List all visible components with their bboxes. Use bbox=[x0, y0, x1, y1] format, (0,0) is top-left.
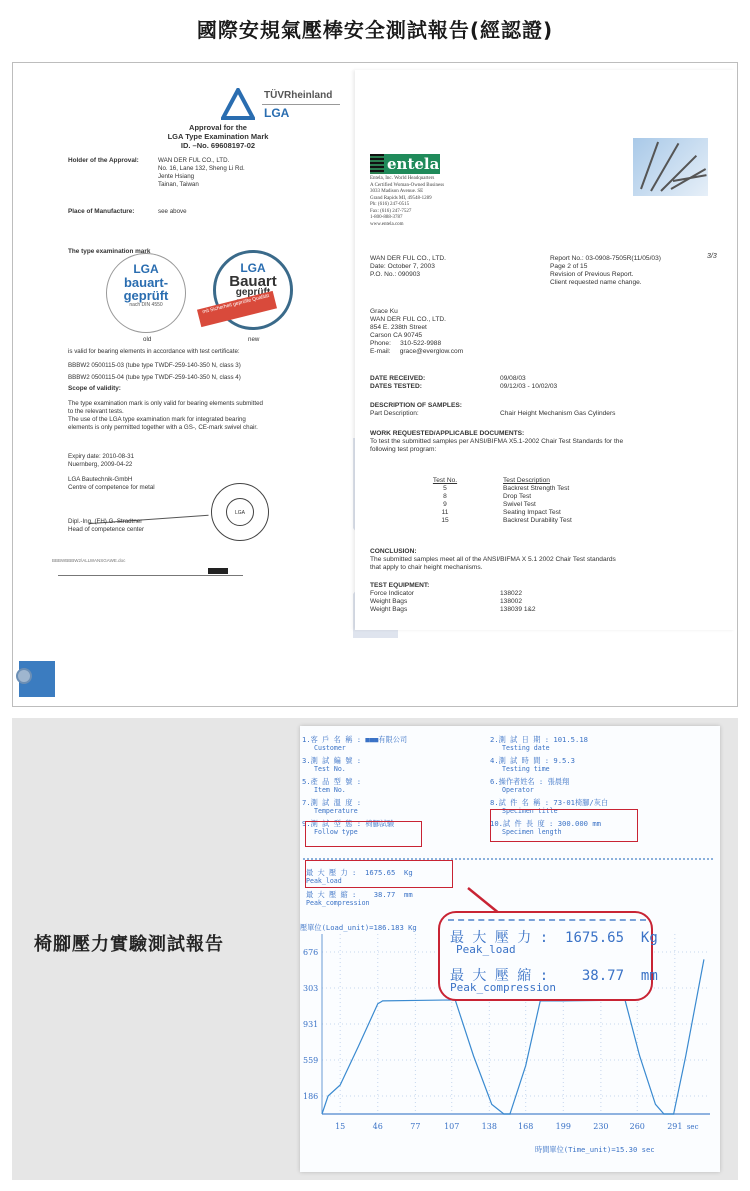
svg-text:186: 186 bbox=[303, 1092, 318, 1101]
manufacture-label: Place of Manufacture: bbox=[68, 208, 134, 215]
report-info: Report No.: 03-0908-7505R(11/05/03) Page… bbox=[550, 255, 661, 287]
tuv-brand: TÜVRheinland bbox=[264, 90, 332, 101]
gas-cylinder-product-image bbox=[633, 138, 708, 196]
svg-text:sec: sec bbox=[687, 1123, 699, 1131]
cert-1: BBBW2 0500115-03 (tube type TWDF-259-140… bbox=[68, 362, 241, 370]
svg-text:676: 676 bbox=[303, 948, 318, 957]
footer-line bbox=[58, 575, 243, 576]
contact-info: Grace Ku WAN DER FUL CO., LTD. 854 E. 23… bbox=[370, 308, 463, 356]
svg-text:260: 260 bbox=[630, 1122, 645, 1131]
email-value: grace@everglow.com bbox=[400, 348, 464, 355]
place-date: Nuernberg, 2009-04-22 bbox=[68, 461, 132, 469]
svg-text:303: 303 bbox=[303, 984, 318, 993]
svg-text:168: 168 bbox=[518, 1122, 533, 1131]
footer-mark-box bbox=[208, 568, 228, 574]
svg-text:230: 230 bbox=[593, 1122, 608, 1131]
holder-label: Holder of the Approval: bbox=[68, 157, 139, 164]
manufacture-value: see above bbox=[158, 208, 187, 216]
date-received-label: DATE RECEIVED: bbox=[370, 375, 425, 383]
org-name: LGA Bautechnik-GmbH Centre of competence… bbox=[68, 476, 155, 492]
svg-text:199: 199 bbox=[556, 1122, 571, 1131]
footer-file: BBBWBBBW2\ALLWANSGAWE.doc bbox=[52, 558, 125, 563]
entela-report: entela Entela, Inc. World Headquarters A… bbox=[355, 70, 735, 630]
divider bbox=[262, 104, 340, 105]
caption-new: new bbox=[248, 336, 259, 344]
pressure-test-printout: 1.客 戶 名 稱 : ■■■有限公司Customer2.測 試 日 期 : 1… bbox=[300, 726, 720, 1172]
part-value: Chair Height Mechanism Gas Cylinders bbox=[500, 410, 615, 418]
holder-value: WAN DER FUL CO., LTD. No. 16, Lane 132, … bbox=[158, 157, 245, 189]
part-label: Part Description: bbox=[370, 410, 419, 418]
seal-old: LGA bauart- geprüft nach DIN 4550 bbox=[106, 253, 186, 333]
work-label: WORK REQUESTED/APPLICABLE DOCUMENTS: bbox=[370, 430, 524, 438]
lga-brand: LGA bbox=[264, 106, 289, 120]
highlight-peak-load bbox=[305, 860, 453, 888]
conclusion-text: The submitted samples meet all of the AN… bbox=[370, 556, 616, 572]
svg-text:46: 46 bbox=[373, 1122, 383, 1131]
svg-text:291: 291 bbox=[667, 1122, 682, 1131]
caption-old: old bbox=[143, 336, 151, 344]
work-text: To test the submitted samples per ANSI/B… bbox=[370, 438, 623, 454]
pin-icon bbox=[16, 668, 32, 684]
dates-tested-label: DATES TESTED: bbox=[370, 383, 422, 391]
svg-text:138: 138 bbox=[482, 1122, 497, 1131]
page-title: 國際安規氣壓棒安全測試報告(經認證) bbox=[0, 14, 750, 43]
scope-label: Scope of validity: bbox=[68, 385, 121, 392]
dates-tested: 09/12/03 - 10/02/03 bbox=[500, 383, 557, 391]
svg-text:559: 559 bbox=[303, 1056, 318, 1065]
scope-text: The type examination mark is only valid … bbox=[68, 400, 263, 432]
equipment-label: TEST EQUIPMENT: bbox=[370, 582, 429, 590]
samples-label: DESCRIPTION OF SAMPLES: bbox=[370, 402, 462, 410]
phone-value: 310-522-9988 bbox=[400, 340, 441, 347]
highlight-follow-type bbox=[305, 821, 422, 847]
signer: Dipl.-Ing. (FH) G. Stradtner Head of com… bbox=[68, 518, 144, 534]
svg-text:15: 15 bbox=[335, 1122, 345, 1131]
tuv-triangle-logo-icon bbox=[221, 88, 255, 120]
cert-2: BBBW2 0500115-04 (tube type TWDF-259-140… bbox=[68, 374, 241, 382]
client-info: WAN DER FUL CO., LTD. Date: October 7, 2… bbox=[370, 255, 446, 279]
conclusion-label: CONCLUSION: bbox=[370, 548, 417, 556]
expiry-date: Expiry date: 2010-08-31 bbox=[68, 453, 134, 461]
highlight-specimen bbox=[490, 809, 638, 842]
svg-text:107: 107 bbox=[444, 1122, 459, 1131]
handwritten-note: 3/3 bbox=[707, 253, 717, 260]
svg-text:77: 77 bbox=[410, 1122, 420, 1131]
peak-values-callout: 最 大 壓 力 : 1675.65 Kg Peak_load 最 大 壓 縮 :… bbox=[438, 911, 653, 1001]
official-stamp: LGA bbox=[211, 483, 269, 541]
date-received: 09/08/03 bbox=[500, 375, 526, 383]
entela-logo: entela bbox=[370, 154, 440, 174]
lga-certificate: TÜVRheinland LGA Approval for the LGA Ty… bbox=[48, 78, 348, 623]
section-title: 椅腳壓力實驗測試報告 bbox=[34, 930, 224, 956]
svg-text:931: 931 bbox=[303, 1020, 318, 1029]
valid-text: is valid for bearing elements in accorda… bbox=[68, 348, 240, 356]
time-unit-label: 時間單位(Time_unit)=15.30 sec bbox=[535, 1146, 655, 1154]
entela-address: Entela, Inc. World Headquarters A Certif… bbox=[370, 176, 444, 228]
approval-title: Approval for the LGA Type Examination Ma… bbox=[88, 123, 348, 150]
